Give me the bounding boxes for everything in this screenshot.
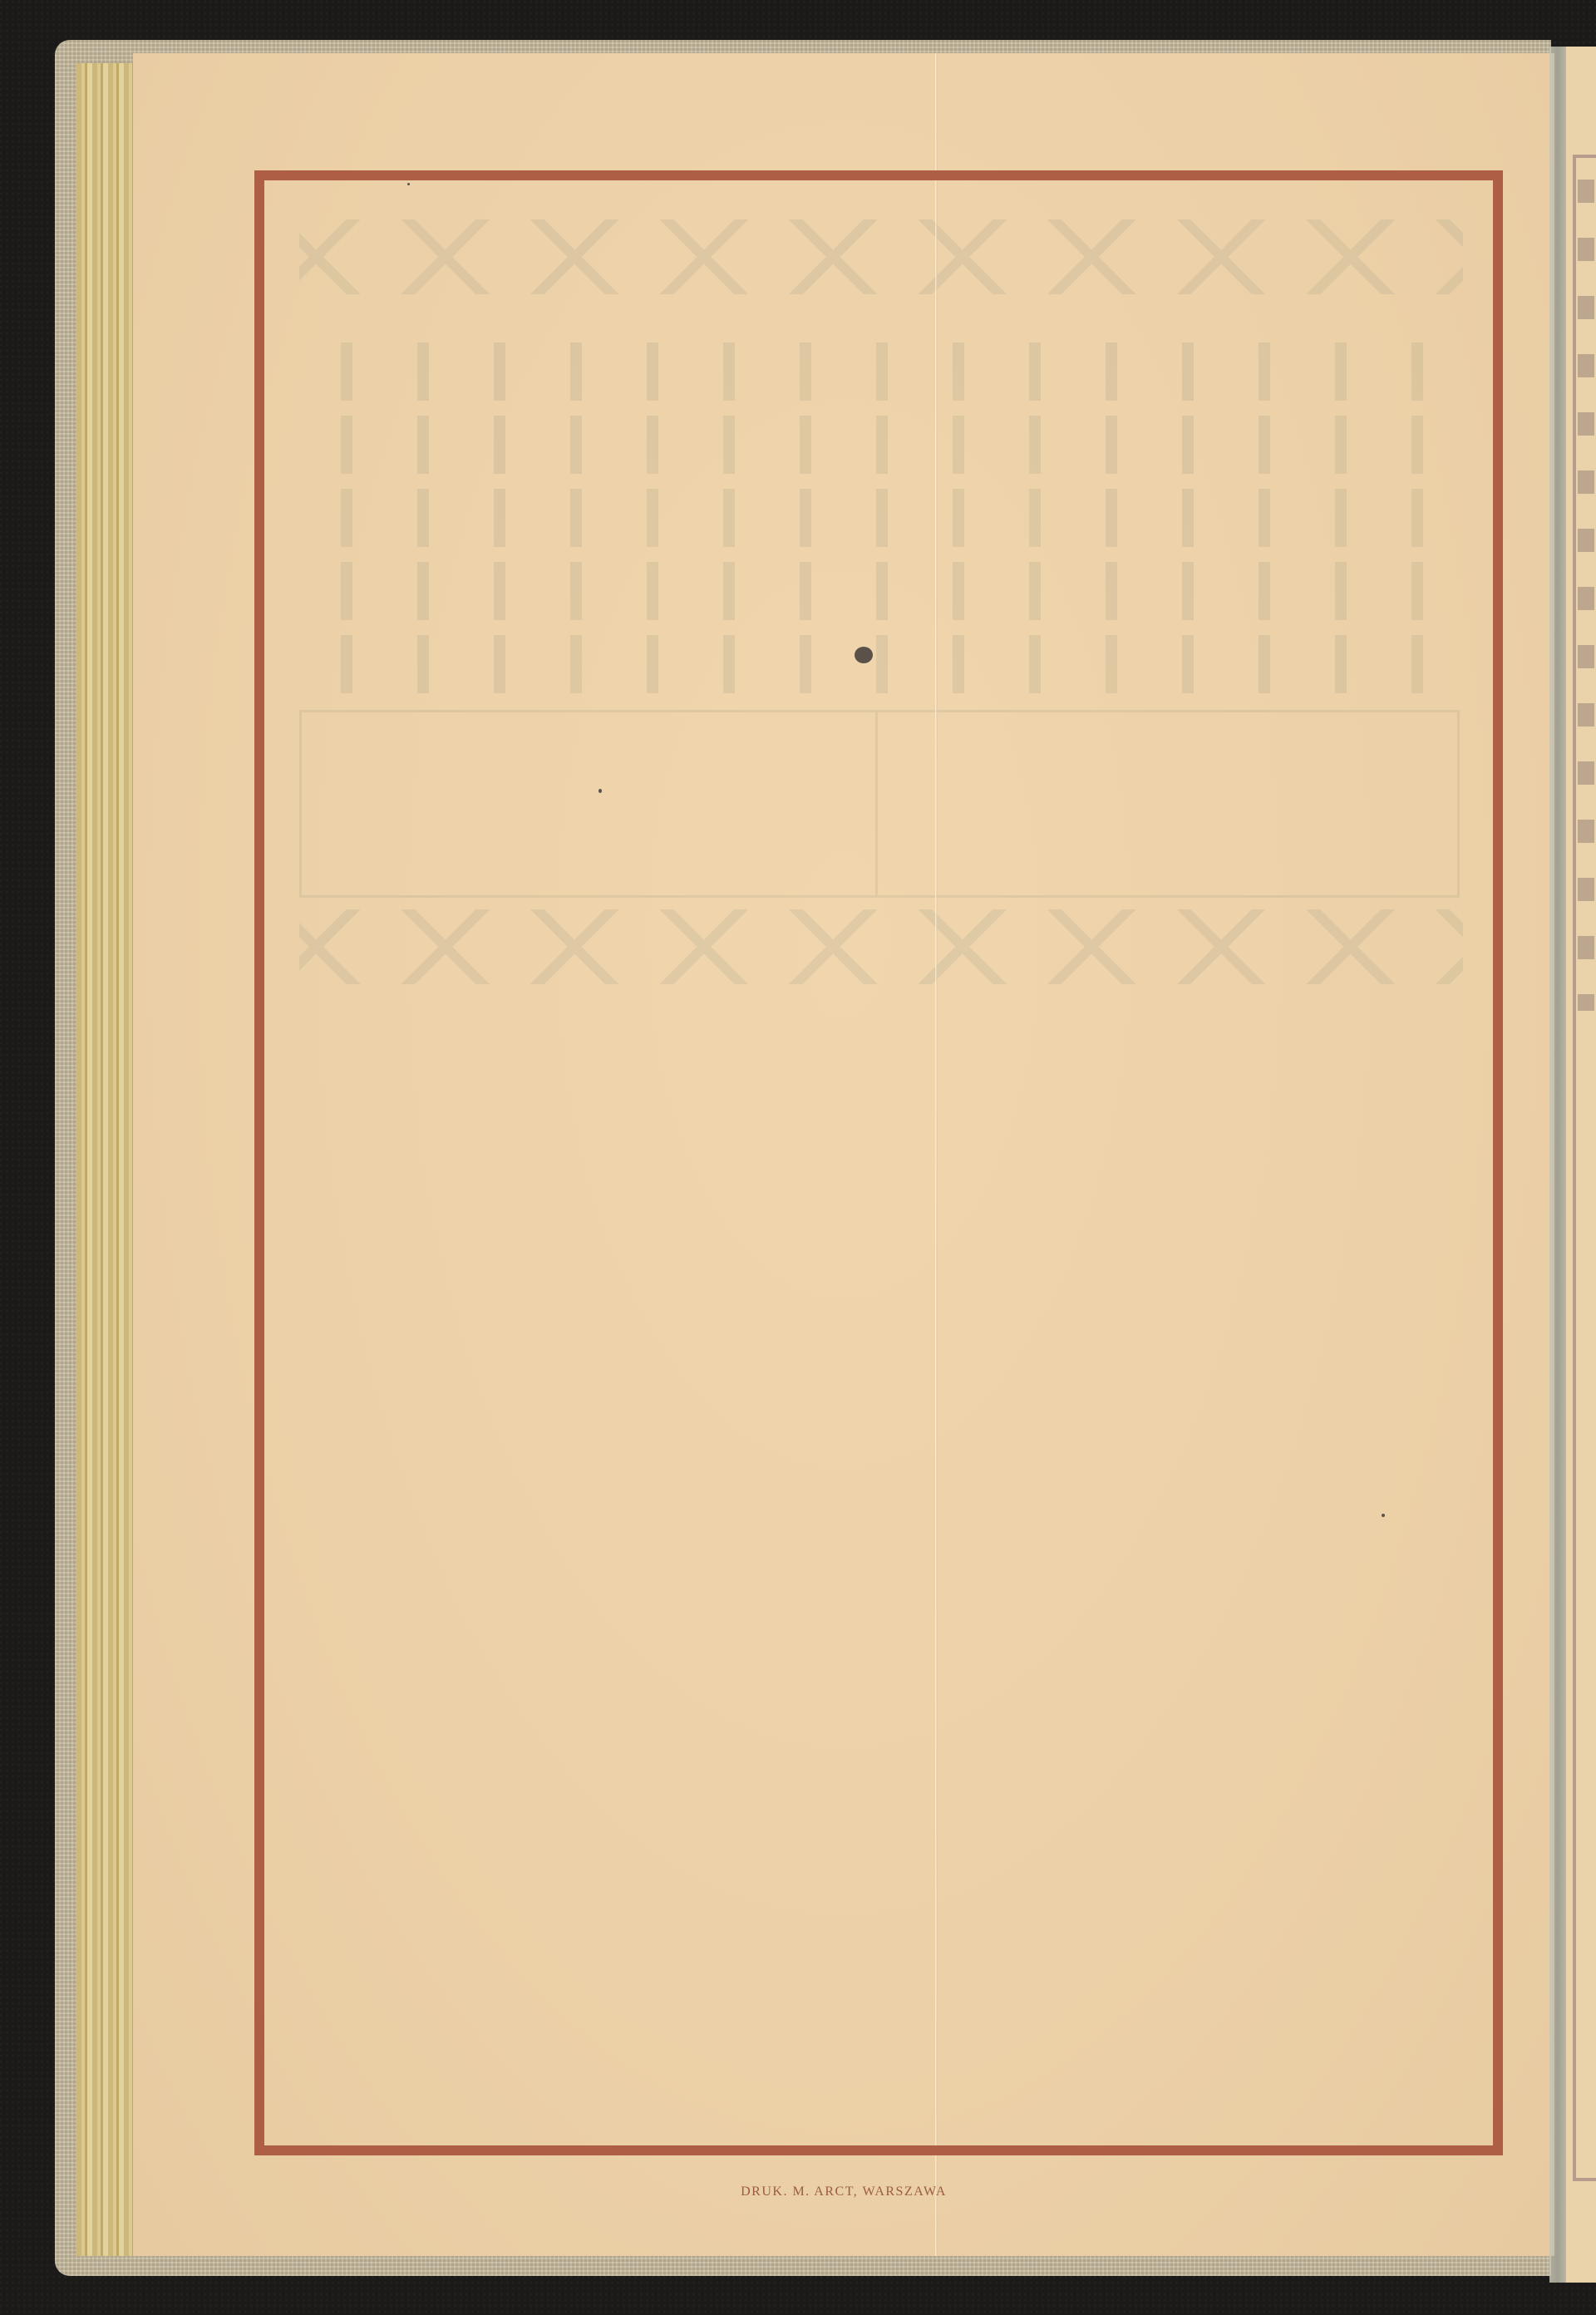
scan-background: DRUK. M. ARCT, WARSZAWA xyxy=(0,0,1596,2315)
adjacent-page-ornament xyxy=(1578,180,1594,1011)
adjacent-page xyxy=(1566,47,1596,2283)
ink-spot xyxy=(855,647,873,663)
book-page: DRUK. M. ARCT, WARSZAWA xyxy=(133,53,1554,2256)
speck xyxy=(1382,1514,1385,1517)
spine-gutter xyxy=(1549,47,1566,2283)
decorative-border-frame xyxy=(254,170,1503,2155)
speck xyxy=(407,183,410,185)
printer-imprint: DRUK. M. ARCT, WARSZAWA xyxy=(133,2184,1554,2199)
page-edge-stack xyxy=(76,63,135,2256)
speck xyxy=(598,789,602,793)
